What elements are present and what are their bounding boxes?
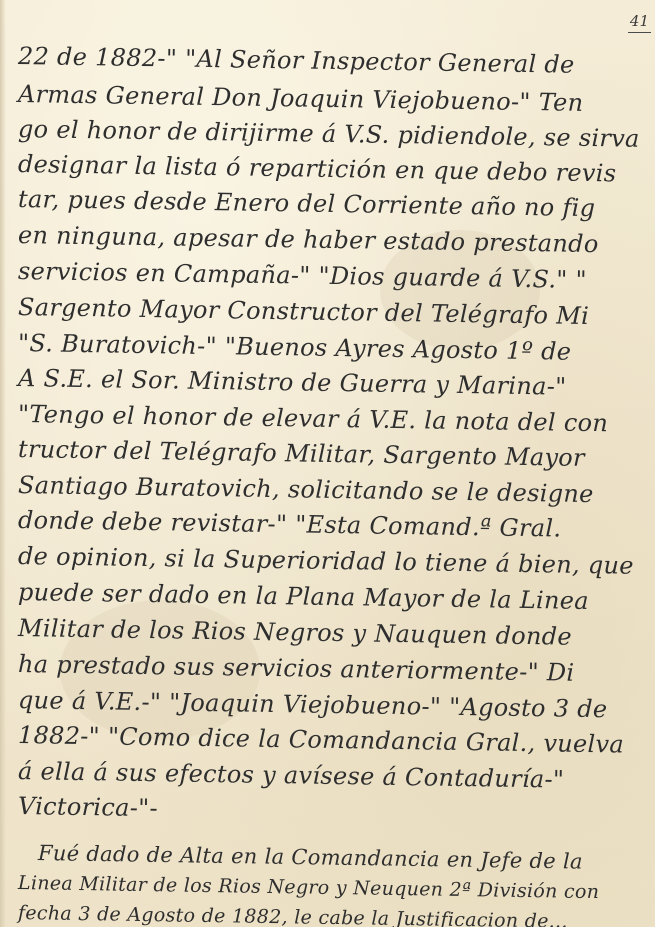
- manuscript-line: "Tengo el honor de elevar á V.E. la nota…: [18, 400, 609, 437]
- manuscript-line: donde debe revistar-" "Esta Comand.ª Gra…: [18, 506, 562, 543]
- manuscript-line: A S.E. el Sor. Ministro de Guerra y Mari…: [18, 364, 567, 401]
- manuscript-line: de opinion, si la Superioridad lo tiene …: [18, 542, 634, 580]
- manuscript-line: Linea Militar de los Rios Negro y Neuque…: [18, 872, 600, 903]
- manuscript-line: Armas General Don Joaquin Viejobueno-" T…: [18, 80, 584, 117]
- manuscript-line: tructor del Telégrafo Militar, Sargento …: [18, 435, 585, 472]
- manuscript-line: en ninguna, apesar de haber estado prest…: [18, 221, 599, 258]
- manuscript-line: 22 de 1882-" "Al Señor Inspector General…: [18, 42, 575, 79]
- manuscript-line: Santiago Buratovich, solicitando se le d…: [18, 471, 594, 508]
- manuscript-line: á ella á sus efectos y avísese á Contadu…: [18, 757, 565, 794]
- manuscript-line: Victorica-"-: [18, 792, 158, 822]
- manuscript-line: puede ser dado en la Plana Mayor de la L…: [18, 578, 589, 615]
- manuscript-line: Fué dado de Alta en la Comandancia en Je…: [38, 841, 583, 874]
- manuscript-page: 41 22 de 1882-" "Al Señor Inspector Gene…: [0, 0, 655, 927]
- folio-number: 41: [628, 12, 651, 33]
- page-left-edge: [0, 0, 6, 927]
- manuscript-line: tar, pues desde Enero del Corriente año …: [18, 185, 596, 222]
- manuscript-line: designar la lista ó repartición en que d…: [18, 150, 617, 187]
- manuscript-line: fecha 3 de Agosto de 1882, le cabe la Ju…: [18, 902, 568, 927]
- manuscript-line: go el honor de dirijirme á V.S. pidiendo…: [18, 115, 640, 153]
- manuscript-line: 1882-" "Como dice la Comandancia Gral., …: [18, 721, 624, 759]
